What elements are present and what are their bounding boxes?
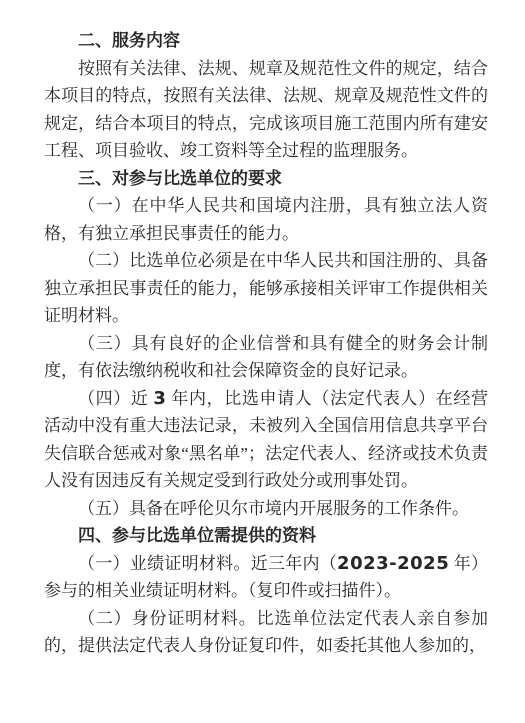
document-page: 二、服务内容 按照有关法律、法规、规章及规范性文件的规定，结合本项目的特点，按照… xyxy=(0,0,525,723)
section-heading-required-materials: 四、参与比选单位需提供的资料 xyxy=(44,522,488,550)
section-heading-bidder-requirements: 三、对参与比选单位的要求 xyxy=(44,165,488,193)
paragraph-material-2: （二）身份证明材料。比选单位法定代表人亲自参加的，提供法定代表人身份证复印件，如… xyxy=(44,605,488,660)
numeric-text: 3 xyxy=(153,388,166,409)
paragraph-requirement-4: （四）近 3 年内，比选申请人（法定代表人）在经营活动中没有重大违法记录，未被列… xyxy=(44,385,488,495)
section-heading-service-content: 二、服务内容 xyxy=(44,27,488,55)
paragraph-requirement-5: （五）具备在呼伦贝尔市境内开展服务的工作条件。 xyxy=(44,495,488,523)
paragraph-requirement-1: （一）在中华人民共和国境内注册，具有独立法人资格，有独立承担民事责任的能力。 xyxy=(44,192,488,247)
paragraph-material-1: （一）业绩证明材料。近三年内（2023-2025 年）参与的相关业绩证明材料。（… xyxy=(44,550,488,605)
numeric-text: 2023-2025 xyxy=(337,553,449,574)
paragraph-service-scope: 按照有关法律、法规、规章及规范性文件的规定，结合本项目的特点，按照有关法律、法规… xyxy=(44,55,488,165)
paragraph-requirement-2: （二）比选单位必须是在中华人民共和国注册的、具备独立承担民事责任的能力，能够承接… xyxy=(44,247,488,330)
paragraph-requirement-3: （三）具有良好的企业信誉和具有健全的财务会计制度，有依法缴纳税收和社会保障资金的… xyxy=(44,330,488,385)
